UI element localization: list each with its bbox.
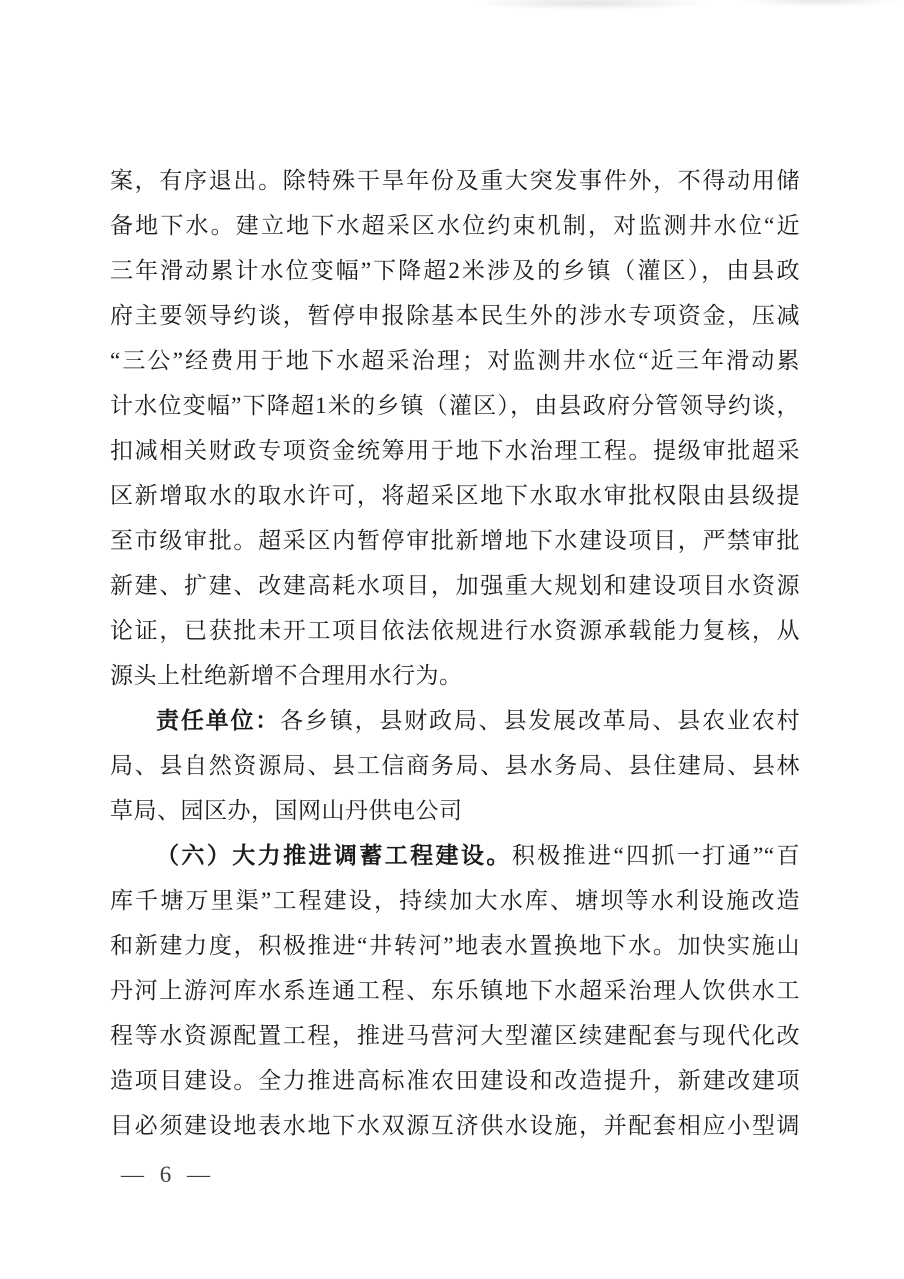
text-line: 至市级审批。超采区内暂停审批新增地下水建设项目，严禁审批: [110, 518, 800, 563]
text-line: 造项目建设。全力推进高标准农田建设和改造提升，新建改建项: [110, 1058, 800, 1103]
text-line: 局、县自然资源局、县工信商务局、县水务局、县住建局、县林: [110, 743, 800, 788]
text-run: 积极推进“四抓一打通”“百: [512, 843, 800, 868]
text-line: 新建、扩建、改建高耗水项目，加强重大规划和建设项目水资源: [110, 563, 800, 608]
text-line-responsible-units: 责任单位：各乡镇，县财政局、县发展改革局、县农业农村: [110, 698, 800, 743]
text-line: 案，有序退出。除特殊干旱年份及重大突发事件外，不得动用储: [110, 158, 800, 203]
text-line: 论证，已获批未开工项目依法依规进行水资源承载能力复核，从: [110, 608, 800, 653]
text-line: 备地下水。建立地下水超采区水位约束机制，对监测井水位“近: [110, 203, 800, 248]
text-line: 目必须建设地表水地下水双源互济供水设施，并配套相应小型调: [110, 1103, 800, 1148]
responsible-units-label: 责任单位：: [156, 708, 280, 733]
scan-artifact: [740, 0, 900, 7]
text-line: 库千塘万里渠”工程建设，持续加大水库、塘坝等水利设施改造: [110, 878, 800, 923]
text-run: 各乡镇，县财政局、县发展改革局、县农业农村: [280, 708, 800, 733]
text-line-paragraph-end: 草局、园区办，国网山丹供电公司: [110, 788, 800, 833]
text-line-paragraph-end: 源头上杜绝新增不合理用水行为。: [110, 653, 800, 698]
text-line: 府主要领导约谈，暂停申报除基本民生外的涉水专项资金，压减: [110, 293, 800, 338]
text-line: 三年滑动累计水位变幅”下降超2米涉及的乡镇（灌区），由县政: [110, 248, 800, 293]
text-line: 扣减相关财政专项资金统筹用于地下水治理工程。提级审批超采: [110, 428, 800, 473]
text-line: “三公”经费用于地下水超采治理；对监测井水位“近三年滑动累: [110, 338, 800, 383]
text-line: 区新增取水的取水许可，将超采区地下水取水审批权限由县级提: [110, 473, 800, 518]
text-line: 程等水资源配置工程，推进马营河大型灌区续建配套与现代化改: [110, 1013, 800, 1058]
page-number: — 6 —: [121, 1162, 215, 1188]
scan-artifact: [470, 0, 710, 10]
text-line-section-six-heading: （六）大力推进调蓄工程建设。积极推进“四抓一打通”“百: [110, 833, 800, 878]
text-line: 丹河上游河库水系连通工程、东乐镇地下水超采治理人饮供水工: [110, 968, 800, 1013]
text-line: 计水位变幅”下降超1米的乡镇（灌区），由县政府分管领导约谈，: [110, 383, 800, 428]
section-six-heading-label: （六）大力推进调蓄工程建设。: [156, 843, 512, 868]
document-body: 案，有序退出。除特殊干旱年份及重大突发事件外，不得动用储 备地下水。建立地下水超…: [110, 158, 800, 1148]
text-line: 和新建力度，积极推进“井转河”地表水置换地下水。加快实施山: [110, 923, 800, 968]
